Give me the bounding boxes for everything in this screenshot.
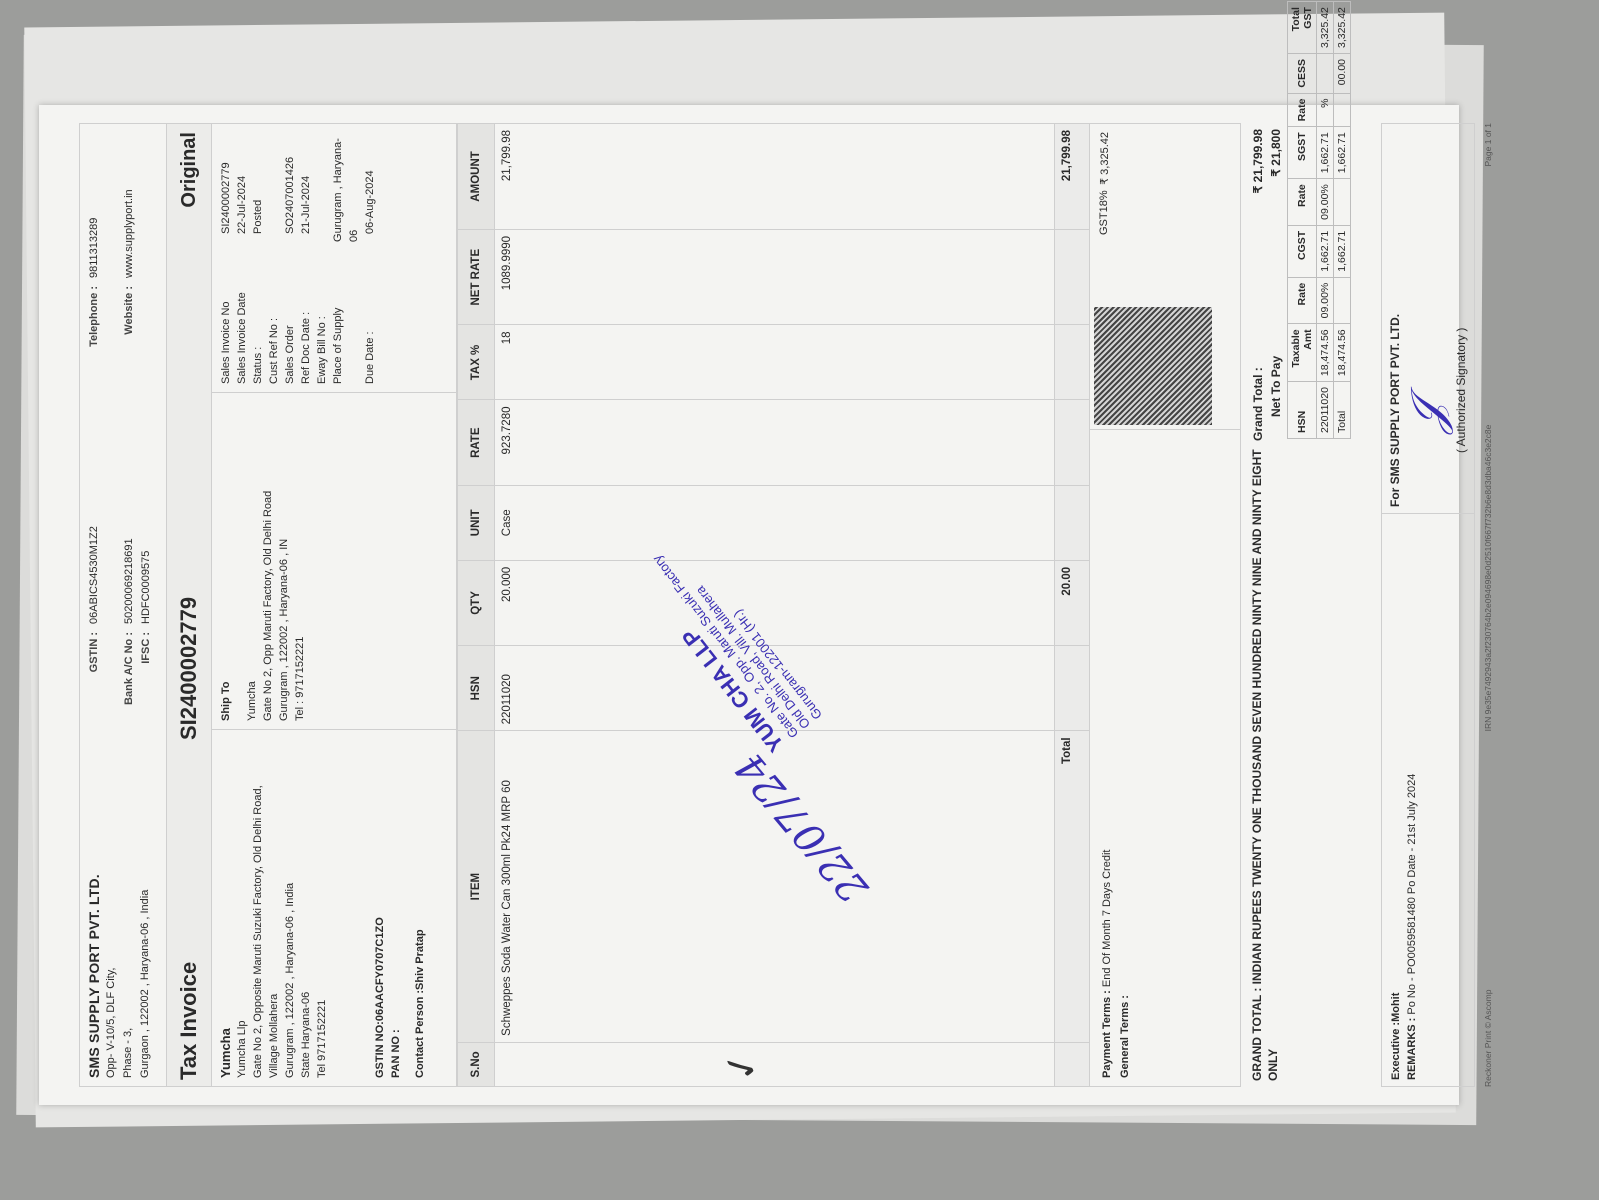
table-cell: 21,799.98 <box>495 124 1055 230</box>
meta-key: Due Date : <box>362 234 378 384</box>
total-row: Total20.0021,799.98 <box>1055 124 1090 1087</box>
column-header: AMOUNT <box>458 124 495 230</box>
column-header: ITEM <box>458 731 495 1042</box>
meta-row: Place of SupplyGurugram , Haryana-06 <box>330 132 362 384</box>
ship-to-line: Gurugram , 122002 , Haryana-06 , IN <box>276 401 292 721</box>
meta-row: Sales OrderSO2407001426 <box>282 132 298 384</box>
column-header: QTY <box>458 560 495 645</box>
meta-row: Eway Bill No : <box>314 132 330 384</box>
net-pay-label: Net To Pay <box>1267 356 1285 441</box>
meta-row: Cust Ref No : <box>266 132 282 384</box>
doc-type: Tax Invoice <box>176 740 202 1086</box>
gst-cell: 3,325.42 <box>1317 2 1334 54</box>
gst-cell: Taxable Amt <box>1288 324 1317 382</box>
table-row: Schweppes Soda Water Can 300ml Pk24 MRP … <box>495 124 1055 1087</box>
footer: Executive :Mohit REMARKS : Po No - PO005… <box>1381 123 1475 1087</box>
copy-label: Original <box>178 124 201 242</box>
column-header: RATE <box>458 400 495 485</box>
meta-row: Sales Invoice Date22-Jul-2024 <box>234 132 250 384</box>
meta-key: Sales Invoice No <box>218 234 234 384</box>
gst-row: Total18,474.561,662.711,662.7100.003,325… <box>1334 2 1351 439</box>
meta-key: Sales Invoice Date <box>234 234 250 384</box>
total-amount: 21,799.98 <box>1055 124 1090 230</box>
gst-cell: 3,325.42 <box>1334 2 1351 54</box>
gst-cell: 09.00% <box>1317 179 1334 226</box>
for-company: For SMS SUPPLY PORT PVT. LTD. <box>1388 130 1402 507</box>
grand-total-words: GRAND TOTAL : INDIAN RUPEES TWENTY ONE T… <box>1249 441 1285 1081</box>
bank-label: Bank A/C No : <box>121 624 138 722</box>
gst-cell: 00.00 <box>1334 53 1351 93</box>
gst-cell: % <box>1317 93 1334 127</box>
column-header: S.No <box>458 1042 495 1086</box>
tax-label: GST18% <box>1098 190 1232 235</box>
page-number: Page 1 of 1 <box>1483 123 1493 166</box>
bill-to-line: State Haryana-06 <box>298 738 314 1078</box>
meta-value: SO2407001426 <box>282 157 298 234</box>
ship-to-line: Gate No 2, Opp Maruti Factory, Old Delhi… <box>260 401 276 721</box>
column-header: TAX % <box>458 325 495 400</box>
seller-gstin: 06ABICS4530M1Z2 <box>86 526 103 624</box>
gstin-label: GSTIN : <box>86 624 103 722</box>
address-block: Yumcha Yumcha Llp Gate No 2, Opposite Ma… <box>212 123 457 1087</box>
tax-amount: ₹ 3,325.42 <box>1098 132 1232 185</box>
ship-to-line: Yumcha <box>244 401 260 721</box>
gst-cell <box>1334 93 1351 127</box>
ship-to-line: Tel : 9717152221 <box>292 401 308 721</box>
gst-cell: HSN <box>1288 382 1317 439</box>
ifsc-code: HDFC0009575 <box>138 551 155 624</box>
gst-cell: 1,662.71 <box>1334 127 1351 179</box>
bill-to-line: Yumcha Llp <box>234 738 250 1078</box>
meta-row: Due Date :06-Aug-2024 <box>362 132 378 384</box>
contact-person: Contact Person :Shiv Pratap <box>412 738 428 1078</box>
remarks: Po No - PO005958148​0 Po Date - 21st Jul… <box>1406 774 1418 1015</box>
gst-cell <box>1317 53 1334 93</box>
bill-to: Yumcha Yumcha Llp Gate No 2, Opposite Ma… <box>212 729 456 1086</box>
meta-key: Place of Supply <box>330 242 362 384</box>
seller-header: SMS SUPPLY PORT PVT. LTD. Opp- V-10/5, D… <box>79 123 167 1087</box>
meta-key: Eway Bill No : <box>314 234 330 384</box>
gst-summary-table: HSNTaxable AmtRateCGSTRateSGSTRateCESSTo… <box>1287 1 1351 439</box>
table-cell: 20.000 <box>495 560 1055 645</box>
column-header: NET RATE <box>458 229 495 325</box>
gst-cell: 22011020 <box>1317 382 1334 439</box>
invoice-number: SI2400002779 <box>176 242 202 740</box>
executive: Executive :Mohit <box>1388 520 1404 1080</box>
column-header: UNIT <box>458 485 495 560</box>
seller-name: SMS SUPPLY PORT PVT. LTD. <box>86 738 103 1078</box>
gst-cell <box>1334 277 1351 324</box>
bill-to-line: Gurugram , 122002 , Haryana-06 , India <box>282 738 298 1078</box>
gst-cell: 1,662.71 <box>1334 225 1351 277</box>
website-label: Website : <box>121 278 138 376</box>
invoice-meta: Sales Invoice NoSI2400002779Sales Invoic… <box>212 124 456 392</box>
column-header: HSN <box>458 646 495 731</box>
gst-cell: 18,474.56 <box>1334 324 1351 382</box>
title-bar: Tax Invoice SI2400002779 Original <box>167 123 212 1087</box>
gst-cell: Total GST <box>1288 2 1317 54</box>
ship-to-label: Ship To <box>218 401 234 721</box>
grand-total-label: Grand Total : <box>1249 356 1267 441</box>
bank-account: 50200069218691 <box>121 538 138 624</box>
bill-to-line: Gate No 2, Opposite Maruti Suzuki Factor… <box>250 738 266 1078</box>
bill-to-name: Yumcha <box>218 738 234 1078</box>
gst-row: HSNTaxable AmtRateCGSTRateSGSTRateCESSTo… <box>1288 2 1317 439</box>
gst-cell: 1,662.71 <box>1317 225 1334 277</box>
tax-invoice-page: SMS SUPPLY PORT PVT. LTD. Opp- V-10/5, D… <box>39 105 1459 1105</box>
meta-value: Posted <box>250 200 266 234</box>
meta-value: 06-Aug-2024 <box>362 170 378 234</box>
items-table: S.NoITEMHSNQTYUNITRATETAX %NET RATEAMOUN… <box>457 123 1090 1087</box>
qr-code <box>1094 307 1212 425</box>
irn: IRN 9e35e749294​3a2f230764b2e094698e0d25… <box>1483 425 1493 732</box>
meta-row: Sales Invoice NoSI2400002779 <box>218 132 234 384</box>
meta-key: Ref Doc Date : <box>298 234 314 384</box>
gst-cell: Total <box>1334 382 1351 439</box>
website-link[interactable]: www.supplyport.in <box>121 189 138 278</box>
ifsc-label: IFSC : <box>138 624 155 722</box>
payment-terms: End Of Month 7 Days Credit <box>1101 850 1113 988</box>
seller-address-line: Phase - 3, <box>120 738 137 1078</box>
gst-cell: Rate <box>1288 179 1317 226</box>
net-pay: ₹ 21,800 <box>1267 129 1285 193</box>
general-terms-label: General Terms : <box>1116 438 1134 1078</box>
telephone: 9811313289 <box>86 218 103 278</box>
seller-address-line: Gurgaon , 122002 , Haryana-06 , India <box>137 738 154 1078</box>
gst-cell <box>1334 179 1351 226</box>
meta-key: Cust Ref No : <box>266 234 282 384</box>
gst-cell: 09.00% <box>1317 277 1334 324</box>
meta-row: Status :Posted <box>250 132 266 384</box>
meta-value: 21-Jul-2024 <box>298 176 314 234</box>
payment-terms-label: Payment Terms : <box>1101 990 1113 1078</box>
gst-cell: CESS <box>1288 53 1317 93</box>
terms-block: Payment Terms : End Of Month 7 Days Cred… <box>1090 123 1241 1087</box>
table-cell <box>495 1042 1055 1086</box>
gst-cell: 1,662.71 <box>1317 127 1334 179</box>
gst-row: 2201102018,474.5609.00%1,662.7109.00%1,6… <box>1317 2 1334 439</box>
table-cell: 1089.9990 <box>495 229 1055 325</box>
telephone-label: Telephone : <box>86 278 103 376</box>
ship-to: Ship To Yumcha Gate No 2, Opp Maruti Fac… <box>212 392 456 729</box>
total-label: Total <box>1055 731 1090 1042</box>
gst-cell: Rate <box>1288 93 1317 127</box>
table-cell: 18 <box>495 325 1055 400</box>
gst-cell: CGST <box>1288 225 1317 277</box>
authorized-signature: 𝒥 <box>1400 401 1456 433</box>
meta-key: Sales Order <box>282 234 298 384</box>
gst-cell: Rate <box>1288 277 1317 324</box>
meta-value: SI2400002779 <box>218 162 234 234</box>
meta-value: 22-Jul-2024 <box>234 176 250 234</box>
meta-row: Ref Doc Date :21-Jul-2024 <box>298 132 314 384</box>
total-qty: 20.00 <box>1055 560 1090 645</box>
bill-to-pan: PAN NO : <box>388 738 404 1078</box>
seller-address-line: Opp- V-10/5, DLF City, <box>103 738 120 1078</box>
bill-to-gstin: GSTIN NO:06AACFY0707C1ZO <box>372 738 388 1078</box>
authorized-signatory: ( Authorized Signatory ) <box>1454 328 1468 453</box>
software-credit: Reckoner Print © Ascomp <box>1483 990 1493 1087</box>
gst-cell: SGST <box>1288 127 1317 179</box>
meta-key: Status : <box>250 234 266 384</box>
bill-to-line: Tel 9717152221 <box>314 738 330 1078</box>
bill-to-line: Village Mollahera <box>266 738 282 1078</box>
meta-value: Gurugram , Haryana-06 <box>330 132 362 242</box>
gst-cell: 18,474.56 <box>1317 324 1334 382</box>
grand-total: ₹ 21,799.98 <box>1249 129 1267 193</box>
amount-in-words: GRAND TOTAL : INDIAN RUPEES TWENTY ONE T… <box>1241 123 1287 1087</box>
remarks-label: REMARKS : <box>1406 1018 1418 1080</box>
